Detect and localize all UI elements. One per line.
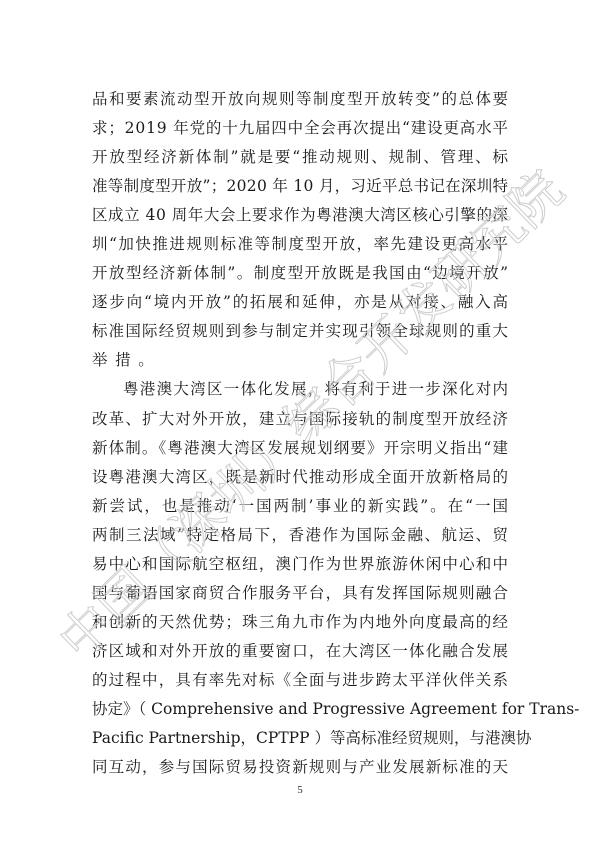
text-line: 品和要素流动型开放向规则等制度型开放转变”的总体要 (92, 85, 508, 114)
text-line: 圳“加快推进规则标准等制度型开放，率先建设更高水平 (92, 230, 508, 259)
text-line: 区成立 40 周年大会上要求作为粤港澳大湾区核心引擎的深 (92, 201, 508, 230)
document-page: 品和要素流动型开放向规则等制度型开放转变”的总体要 求；2019 年党的十九届四… (0, 0, 600, 848)
text-line: 和创新的天然优势；珠三角九市作为内地外向度最高的经 (92, 608, 508, 637)
text-line: 开放型经济新体制”。制度型开放既是我国由“边境开放” (92, 259, 508, 288)
text-line: 济区域和对外开放的重要窗口，在大湾区一体化融合发展 (92, 637, 508, 666)
body-text: 品和要素流动型开放向规则等制度型开放转变”的总体要 求；2019 年党的十九届四… (92, 85, 508, 782)
text-line: 举措。 (92, 346, 508, 375)
text-line: 改革、扩大对外开放，建立与国际接轨的制度型开放经济 (92, 405, 508, 434)
text-line: 同互动，参与国际贸易投资新规则与产业发展新标准的天 (92, 753, 508, 782)
text-line: 准等制度型开放”；2020 年 10 月，习近平总书记在深圳特 (92, 172, 508, 201)
text-line: 新尝试，也是推动‘一国两制’事业的新实践”。在“一国 (92, 492, 508, 521)
text-line: 开放型经济新体制”就是要“推动规则、规制、管理、标 (92, 143, 508, 172)
text-line: 标准国际经贸规则到参与制定并实现引领全球规则的重大 (92, 317, 508, 346)
text-line: 粤港澳大湾区一体化发展，将有利于进一步深化对内 (92, 375, 508, 404)
text-line: 国与葡语国家商贸合作服务平台，具有发挥国际规则融合 (92, 579, 508, 608)
text-line: Pacific Partnership，CPTPP ）等高标准经贸规则，与港澳协 (92, 724, 508, 753)
page-number: 5 (0, 784, 600, 796)
text-line: 协定》（ Comprehensive and Progressive Agree… (92, 695, 508, 724)
text-line: 两制三法域”特定格局下，香港作为国际金融、航运、贸 (92, 521, 508, 550)
text-line: 逐步向“境内开放”的拓展和延伸，亦是从对接、融入高 (92, 288, 508, 317)
text-line: 的过程中，具有率先对标《全面与进步跨太平洋伙伴关系 (92, 666, 508, 695)
text-line: 新体制。《粤港澳大湾区发展规划纲要》开宗明义指出“建 (92, 434, 508, 463)
text-line: 设粤港澳大湾区，既是新时代推动形成全面开放新格局的 (92, 463, 508, 492)
text-line: 易中心和国际航空枢纽，澳门作为世界旅游休闲中心和中 (92, 550, 508, 579)
text-line: 求；2019 年党的十九届四中全会再次提出“建设更高水平 (92, 114, 508, 143)
